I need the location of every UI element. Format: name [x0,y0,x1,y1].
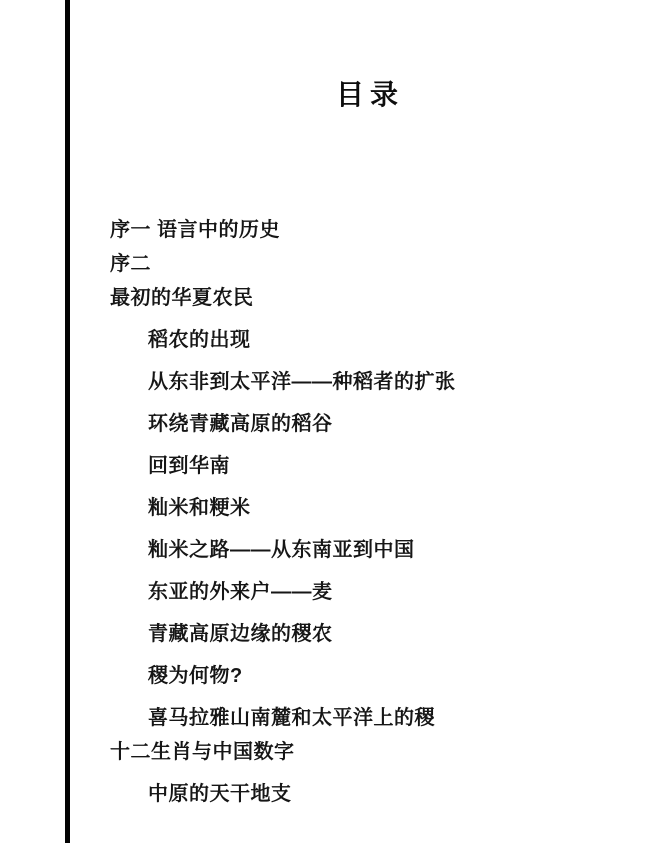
toc-item: 稷为何物? [70,666,650,686]
toc-item-label: 十二生肖与中国数字 [110,741,295,763]
toc-item-label: 籼米和粳米 [148,497,251,519]
toc-item: 青藏高原边缘的稷农 [70,624,650,644]
toc-item: 环绕青藏高原的稻谷 [70,414,650,434]
toc-item-label: 东亚的外来户——麦 [148,581,333,603]
toc-item-label: 稷为何物? [148,665,243,687]
toc-item: 中原的天干地支 [70,784,650,804]
toc-item-label: 序一 语言中的历史 [110,219,280,241]
toc-item-label: 稻农的出现 [148,329,251,351]
toc-item-label: 中原的天干地支 [148,783,292,805]
toc-item-label: 青藏高原边缘的稷农 [148,623,333,645]
toc-item-label: 喜马拉雅山南麓和太平洋上的稷 [148,707,435,729]
toc-item: 从东非到太平洋——种稻者的扩张 [70,372,650,392]
scanned-book-page: 目录 序一 语言中的历史 序二 最初的华夏农民 稻农的出现 从东非到太平洋——种… [0,0,650,850]
toc-item: 喜马拉雅山南麓和太平洋上的稷 [70,708,650,728]
toc-list: 序一 语言中的历史 序二 最初的华夏农民 稻农的出现 从东非到太平洋——种稻者的… [70,220,650,804]
toc-item: 十二生肖与中国数字 [70,742,650,762]
toc-item-label: 回到华南 [148,455,230,477]
toc-item: 东亚的外来户——麦 [70,582,650,602]
toc-item: 稻农的出现 [70,330,650,350]
toc-item: 籼米之路——从东南亚到中国 [70,540,650,560]
toc-item: 最初的华夏农民 [70,288,650,308]
toc-item: 回到华南 [70,456,650,476]
toc-item: 序一 语言中的历史 [70,220,650,240]
toc-item-label: 从东非到太平洋——种稻者的扩张 [148,371,456,393]
toc-item: 序二 [70,254,650,274]
toc-item-label: 序二 [110,253,151,275]
toc-item-label: 环绕青藏高原的稻谷 [148,413,333,435]
page-title: 目录 [70,81,650,111]
toc-item-label: 籼米之路——从东南亚到中国 [148,539,415,561]
toc-item: 籼米和粳米 [70,498,650,518]
toc-item-label: 最初的华夏农民 [110,287,254,309]
